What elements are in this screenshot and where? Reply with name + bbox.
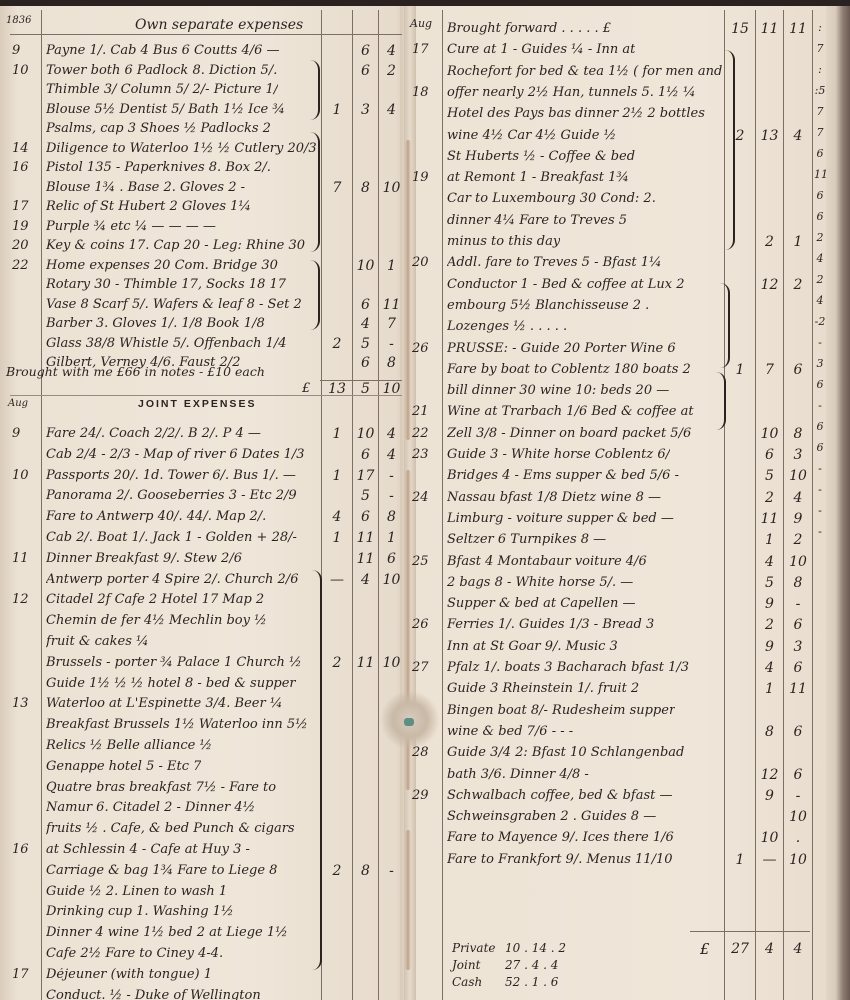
amount-pounds: 1	[725, 853, 755, 867]
header-rule	[10, 34, 402, 35]
margin-figure: :	[814, 64, 826, 75]
amount-shillings: 12	[756, 278, 783, 292]
entry-description: Citadel 2f Cafe 2 Hotel 17 Map 2	[46, 593, 264, 606]
entry-description: Supper & bed at Capellen —	[447, 597, 635, 610]
amount-shillings: 11	[756, 512, 783, 526]
entry-description: wine & bed 7/6 - - -	[447, 725, 573, 738]
amount-shillings: 6	[353, 298, 378, 312]
total-currency: £	[700, 942, 710, 957]
entry-description: bill dinner 30 wine 10: beds 20 —	[447, 384, 669, 397]
entry-date: 9	[12, 427, 20, 440]
total-pounds: 27	[725, 942, 755, 956]
entry-description: Payne 1/. Cab 4 Bus 6 Coutts 4/6 —	[46, 44, 280, 57]
amount-pence: 6	[784, 661, 812, 675]
column-rule	[352, 10, 353, 1000]
entry-description: Cab 2/. Boat 1/. Jack 1 - Golden + 28/-	[46, 531, 297, 544]
entry-description: Fare to Frankfort 9/. Menus 11/10	[447, 853, 673, 866]
margin-rule	[41, 10, 42, 1000]
entry-description: Rochefort for bed & tea 1½ ( for men and	[447, 65, 722, 78]
entry-description: Conductor 1 - Bed & coffee at Lux 2	[447, 278, 685, 291]
total-rule	[690, 931, 810, 932]
margin-figure: 6	[814, 442, 826, 453]
entry-description: Home expenses 20 Com. Bridge 30	[46, 259, 278, 272]
margin-figure: -	[814, 337, 826, 348]
entry-date: 16	[12, 843, 29, 856]
margin-figure: 3	[814, 358, 826, 369]
entry-description: Addl. fare to Treves 5 - Bfast 1¼	[447, 256, 662, 269]
entry-description: fruit & cakes ¼	[46, 635, 149, 648]
amount-pence: 4	[379, 427, 404, 441]
amount-pounds: 1	[322, 531, 352, 545]
amount-pence: 10	[784, 810, 812, 824]
entry-date: 11	[12, 552, 29, 565]
entry-description: offer nearly 2½ Han, tunnels 5. 1½ ¼	[447, 86, 696, 99]
summary-value: 10 . 14 . 2	[505, 942, 566, 954]
margin-figure: 4	[814, 253, 826, 264]
entry-description: Waterloo at L'Espinette 3/4. Beer ¼	[46, 697, 282, 710]
entry-description: Namur 6. Citadel 2 - Dinner 4½	[46, 801, 255, 814]
entry-description: Pfalz 1/. boats 3 Bacharach bfast 1/3	[447, 661, 689, 674]
section-title-own: Own separate expenses	[135, 18, 303, 32]
entry-description: Cab 2/4 - 2/3 - Map of river 6 Dates 1/3	[46, 448, 305, 461]
amount-pence: 10	[379, 181, 404, 195]
entry-description: Panorama 2/. Gooseberries 3 - Etc 2/9	[46, 489, 297, 502]
amount-shillings: 9	[756, 789, 783, 803]
amount-pence: 6	[784, 725, 812, 739]
summary-value: 52 . 1 . 6	[505, 976, 558, 988]
margin-figure: 7	[814, 43, 826, 54]
column-rule	[812, 10, 813, 1000]
entry-date: 22	[412, 427, 429, 440]
entry-date: 26	[412, 618, 429, 631]
entry-description: Drinking cup 1. Washing 1½	[46, 905, 234, 918]
entry-date: 20	[12, 239, 29, 252]
entry-description: Key & coins 17. Cap 20 - Leg: Rhine 30	[46, 239, 305, 252]
amount-pence: 3	[784, 448, 812, 462]
entry-description: Inn at St Goar 9/. Music 3	[447, 640, 618, 653]
amount-pounds: 2	[322, 864, 352, 878]
entry-description: Vase 8 Scarf 5/. Wafers & leaf 8 - Set 2	[46, 298, 302, 311]
entry-description: Schwalbach coffee, bed & bfast —	[447, 789, 673, 802]
brace	[310, 60, 320, 120]
amount-pence: -	[379, 469, 404, 483]
amount-pence: 7	[379, 317, 404, 331]
amount-pence: 1	[379, 259, 404, 273]
entry-description: dinner 4¼ Fare to Treves 5	[447, 214, 627, 227]
brace	[725, 50, 735, 250]
entry-description: Purple ¾ etc ¼ — — — —	[46, 220, 216, 233]
entry-date: 20	[412, 256, 429, 269]
amount-pence: 8	[379, 510, 404, 524]
entry-date: 14	[12, 142, 29, 155]
entry-description: Bingen boat 8/- Rudesheim supper	[447, 704, 675, 717]
entry-description: Guide 3 Rheinstein 1/. fruit 2	[447, 682, 639, 695]
amount-pence: 1	[379, 531, 404, 545]
entry-description: embourg 5½ Blanchisseuse 2 .	[447, 299, 649, 312]
entry-description: bath 3/6. Dinner 4/8 -	[447, 768, 589, 781]
amount-shillings: 7	[756, 363, 783, 377]
amount-pence: 10	[784, 555, 812, 569]
amount-shillings: 3	[353, 103, 378, 117]
entry-description: Seltzer 6 Turnpikes 8 —	[447, 533, 606, 546]
entry-description: wine 4½ Car 4½ Guide ½	[447, 129, 616, 142]
margin-figure: 11	[814, 169, 826, 180]
amount-pounds: —	[322, 573, 352, 587]
brace	[310, 132, 320, 252]
margin-figure: 6	[814, 211, 826, 222]
amount-shillings: 11	[353, 656, 378, 670]
entry-description: Breakfast Brussels 1½ Waterloo inn 5½	[46, 718, 308, 731]
entry-description: Brought forward . . . . . £	[447, 22, 611, 35]
brace	[310, 260, 320, 330]
amount-shillings: 1	[756, 533, 783, 547]
amount-shillings: 4	[353, 317, 378, 331]
entry-description: Brussels - porter ¾ Palace 1 Church ½	[46, 656, 302, 669]
margin-figure: -	[814, 400, 826, 411]
amount-pence: 1	[784, 235, 812, 249]
margin-figure: :	[814, 22, 826, 33]
entry-description: Quatre bras breakfast 7½ - Fare to	[46, 781, 276, 794]
entry-description: Glass 38/8 Whistle 5/. Offenbach 1/4	[46, 337, 287, 350]
amount-shillings: 4	[353, 573, 378, 587]
amount-shillings: 9	[756, 597, 783, 611]
amount-shillings: 6	[353, 510, 378, 524]
amount-shillings: 10	[756, 427, 783, 441]
entry-date: 26	[412, 342, 429, 355]
entry-date: 19	[12, 220, 29, 233]
month-label: Aug	[410, 18, 432, 29]
amount-shillings: 17	[353, 469, 378, 483]
amount-shillings: 2	[756, 618, 783, 632]
margin-figure: -	[814, 526, 826, 537]
entry-date: 17	[12, 200, 29, 213]
brace	[312, 570, 322, 970]
brace	[720, 283, 730, 368]
entry-date: 28	[412, 746, 429, 759]
section-title-joint: JOINT EXPENSES	[138, 399, 256, 410]
entry-description: Diligence to Waterloo 1½ ½ Cutlery 20/3	[46, 142, 317, 155]
entry-date: 17	[12, 968, 29, 981]
amount-shillings: 5	[353, 489, 378, 503]
amount-shillings: 11	[353, 531, 378, 545]
entry-date: 10	[12, 64, 29, 77]
entry-description: Lozenges ½ . . . . .	[447, 320, 567, 333]
entry-description: Chemin de fer 4½ Mechlin boy ½	[46, 614, 267, 627]
entry-description: Conduct. ½ - Duke of Wellington	[46, 989, 261, 1000]
amount-pence: 8	[379, 356, 404, 370]
amount-pence: 4	[379, 44, 404, 58]
amount-pence: 11	[379, 298, 404, 312]
gutter-stain	[405, 140, 411, 440]
entry-description: Hotel des Pays bas dinner 2½ 2 bottles	[447, 107, 705, 120]
margin-figure: 7	[814, 127, 826, 138]
amount-pounds: 1	[322, 469, 352, 483]
entry-date: 16	[12, 161, 29, 174]
amount-pence: -	[784, 789, 812, 803]
margin-figure: 6	[814, 148, 826, 159]
entry-date: 24	[412, 491, 429, 504]
amount-shillings: 13	[756, 129, 783, 143]
entry-description: Déjeuner (with tongue) 1	[46, 968, 212, 981]
amount-shillings: 8	[353, 181, 378, 195]
entry-description: Fare 24/. Coach 2/2/. B 2/. P 4 —	[46, 427, 261, 440]
amount-pence: 2	[784, 278, 812, 292]
entry-description: PRUSSE: - Guide 20 Porter Wine 6	[447, 342, 676, 355]
amount-pence: 6	[784, 363, 812, 377]
amount-shillings: 10	[353, 259, 378, 273]
entry-date: 25	[412, 555, 429, 568]
amount-shillings: 8	[353, 864, 378, 878]
margin-figure: :5	[814, 85, 826, 96]
entry-description: Car to Luxembourg 30 Cond: 2.	[447, 192, 656, 205]
margin-figure: 6	[814, 421, 826, 432]
amount-pence: 11	[784, 22, 812, 36]
margin-figure: -	[814, 463, 826, 474]
entry-description: Pistol 135 - Paperknives 8. Box 2/.	[46, 161, 271, 174]
entry-description: at Schlessin 4 - Cafe at Huy 3 -	[46, 843, 250, 856]
entry-date: 13	[12, 697, 29, 710]
brought-with-me-line: Brought with me £66 in notes - £10 each	[6, 366, 265, 379]
amount-pounds: 2	[322, 656, 352, 670]
amount-shillings: 6	[353, 64, 378, 78]
amount-pence: 8	[784, 427, 812, 441]
margin-figure: 4	[814, 295, 826, 306]
entry-description: Ferries 1/. Guides 1/3 - Bread 3	[447, 618, 654, 631]
amount-pence: 10	[784, 469, 812, 483]
entry-date: 29	[412, 789, 429, 802]
entry-date: 27	[412, 661, 429, 674]
entry-description: Barber 3. Gloves 1/. 1/8 Book 1/8	[46, 317, 265, 330]
amount-pence: 10	[784, 853, 812, 867]
entry-description: Bridges 4 - Ems supper & bed 5/6 -	[447, 469, 679, 482]
entry-description: Wine at Trarbach 1/6 Bed & coffee at	[447, 405, 694, 418]
amount-shillings: 10	[353, 427, 378, 441]
summary-value: 27 . 4 . 4	[505, 959, 558, 971]
entry-description: Zell 3/8 - Dinner on board packet 5/6	[447, 427, 691, 440]
amount-pence: 4	[379, 448, 404, 462]
amount-pounds: 4	[322, 510, 352, 524]
amount-pence: 8	[784, 576, 812, 590]
entry-description: Fare by boat to Coblentz 180 boats 2	[447, 363, 691, 376]
summary-label: Cash	[452, 976, 482, 988]
amount-shillings: 2	[756, 235, 783, 249]
entry-description: Guide ½ 2. Linen to wash 1	[46, 885, 227, 898]
amount-pence: 2	[784, 533, 812, 547]
entry-description: Antwerp porter 4 Spire 2/. Church 2/6	[46, 573, 298, 586]
amount-pence: 2	[379, 64, 404, 78]
entry-description: Cafe 2½ Fare to Ciney 4-4.	[46, 947, 223, 960]
amount-shillings: —	[756, 853, 783, 867]
amount-pence: 10	[379, 573, 404, 587]
entry-description: Dinner Breakfast 9/. Stew 2/6	[46, 552, 242, 565]
entry-description: Rotary 30 - Thimble 17, Socks 18 17	[46, 278, 286, 291]
entry-date: 17	[412, 43, 429, 56]
amount-shillings: 5	[353, 337, 378, 351]
entry-description: Guide 3/4 2: Bfast 10 Schlangenbad	[447, 746, 684, 759]
amount-pounds: 1	[322, 103, 352, 117]
entry-description: Limburg - voiture supper & bed —	[447, 512, 674, 525]
amount-pence: 10	[379, 656, 404, 670]
amount-pounds: 1	[725, 363, 755, 377]
entry-date: 12	[12, 593, 29, 606]
amount-pence: 6	[784, 768, 812, 782]
entry-description: Blouse 1¾ . Base 2. Gloves 2 -	[46, 181, 245, 194]
summary-label: Joint	[452, 959, 480, 971]
entry-description: Blouse 5½ Dentist 5/ Bath 1½ Ice ¾	[46, 103, 285, 116]
amount-shillings: 4	[756, 555, 783, 569]
brace	[716, 372, 726, 430]
entry-description: Tower both 6 Padlock 8. Diction 5/.	[46, 64, 277, 77]
column-rule	[378, 10, 379, 1000]
entry-description: Dinner 4 wine 1½ bed 2 at Liege 1½	[46, 926, 288, 939]
margin-figure: 7	[814, 106, 826, 117]
margin-rule	[442, 10, 443, 1000]
entry-description: at Remont 1 - Breakfast 1¾	[447, 171, 629, 184]
entry-description: St Huberts ½ - Coffee & bed	[447, 150, 635, 163]
amount-pence: 4	[784, 129, 812, 143]
total-pence: 4	[784, 942, 812, 956]
margin-figure: -2	[814, 316, 826, 327]
margin-figure: -	[814, 505, 826, 516]
entry-date: 21	[412, 405, 429, 418]
entry-description: fruits ½ . Cafe, & bed Punch & cigars	[46, 822, 295, 835]
amount-shillings: 5	[756, 576, 783, 590]
page-edges	[826, 6, 850, 1000]
entry-date: 18	[412, 86, 429, 99]
amount-pence: 4	[784, 491, 812, 505]
amount-pounds: 15	[725, 22, 755, 36]
summary-label: Private	[452, 942, 496, 954]
entry-description: Thimble 3/ Column 5/ 2/- Picture 1/	[46, 83, 278, 96]
amount-pounds: 1	[322, 427, 352, 441]
margin-figure: 2	[814, 274, 826, 285]
amount-shillings: 11	[353, 552, 378, 566]
amount-shillings: 6	[353, 448, 378, 462]
margin-figure: 6	[814, 190, 826, 201]
entry-date: 23	[412, 448, 429, 461]
entry-description: Fare to Mayence 9/. Ices there 1/6	[447, 831, 674, 844]
amount-pounds: 2	[322, 337, 352, 351]
amount-pence: 3	[784, 640, 812, 654]
amount-shillings: 2	[756, 491, 783, 505]
entry-description: 2 bags 8 - White horse 5/. —	[447, 576, 633, 589]
amount-shillings: 6	[353, 356, 378, 370]
amount-shillings: 8	[756, 725, 783, 739]
amount-shillings: 4	[756, 661, 783, 675]
entry-description: Carriage & bag 1¾ Fare to Liege 8	[46, 864, 277, 877]
amount-shillings: 5	[756, 469, 783, 483]
amount-pence: 9	[784, 512, 812, 526]
amount-pence: -	[379, 489, 404, 503]
entry-date: 9	[12, 44, 20, 57]
total-currency: £	[302, 382, 310, 395]
month-label: Aug	[8, 399, 28, 409]
total-shillings: 4	[756, 942, 783, 956]
margin-figure: 2	[814, 232, 826, 243]
amount-shillings: 1	[756, 682, 783, 696]
amount-pence: -	[379, 864, 404, 878]
entry-date: 19	[412, 171, 429, 184]
amount-pence: 6	[379, 552, 404, 566]
entry-date: 10	[12, 469, 29, 482]
entry-description: Passports 20/. 1d. Tower 6/. Bus 1/. —	[46, 469, 296, 482]
amount-pounds: 7	[322, 181, 352, 195]
amount-pence: .	[784, 831, 812, 845]
amount-shillings: 9	[756, 640, 783, 654]
entry-description: Bfast 4 Montabaur voiture 4/6	[447, 555, 647, 568]
amount-shillings: 12	[756, 768, 783, 782]
entry-description: Fare to Antwerp 40/. 44/. Map 2/.	[46, 510, 266, 523]
amount-pence: 4	[379, 103, 404, 117]
entry-description: Relics ½ Belle alliance ½	[46, 739, 212, 752]
margin-figure: 6	[814, 379, 826, 390]
column-rule	[755, 10, 756, 1000]
amount-shillings: 11	[756, 22, 783, 36]
amount-shillings: 6	[756, 448, 783, 462]
amount-pence: -	[379, 337, 404, 351]
entry-description: Guide 1½ ½ ½ hotel 8 - bed & supper	[46, 677, 296, 690]
paper-tear	[380, 690, 440, 750]
year-mark: 1836	[6, 16, 31, 26]
entry-description: Schweinsgraben 2 . Guides 8 —	[447, 810, 656, 823]
amount-pence: 11	[784, 682, 812, 696]
total-pounds: 13	[322, 382, 352, 396]
entry-description: Guide 3 - White horse Coblentz 6/	[447, 448, 670, 461]
entry-date: 22	[12, 259, 29, 272]
entry-description: Nassau bfast 1/8 Dietz wine 8 —	[447, 491, 661, 504]
amount-shillings: 6	[353, 44, 378, 58]
entry-description: Genappe hotel 5 - Etc 7	[46, 760, 201, 773]
amount-shillings: 10	[756, 831, 783, 845]
margin-figure: -	[814, 484, 826, 495]
amount-pence: -	[784, 597, 812, 611]
column-rule	[783, 10, 784, 1000]
entry-description: Cure at 1 - Guides ¼ - Inn at	[447, 43, 635, 56]
amount-pence: 6	[784, 618, 812, 632]
total-pence: 10	[379, 382, 404, 396]
entry-description: minus to this day	[447, 235, 560, 248]
entry-description: Relic of St Hubert 2 Gloves 1¼	[46, 200, 251, 213]
entry-description: Psalms, cap 3 Shoes ½ Padlocks 2	[46, 122, 271, 135]
gutter-stain	[405, 830, 411, 970]
total-shillings: 5	[353, 382, 378, 396]
